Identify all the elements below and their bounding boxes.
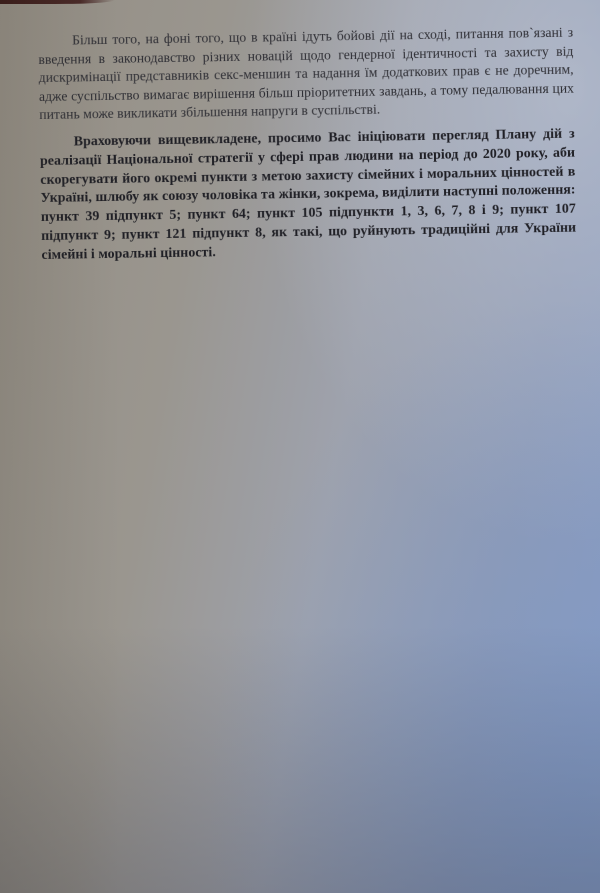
paragraph-request: Враховуючи вищевикладене, просимо Вас ін… xyxy=(40,126,577,266)
photo-top-edge-shadow xyxy=(0,0,115,4)
paragraph-context: Більш того, на фоні того, що в країні ід… xyxy=(38,24,574,125)
document-page: Більш того, на фоні того, що в країні ід… xyxy=(38,24,577,266)
